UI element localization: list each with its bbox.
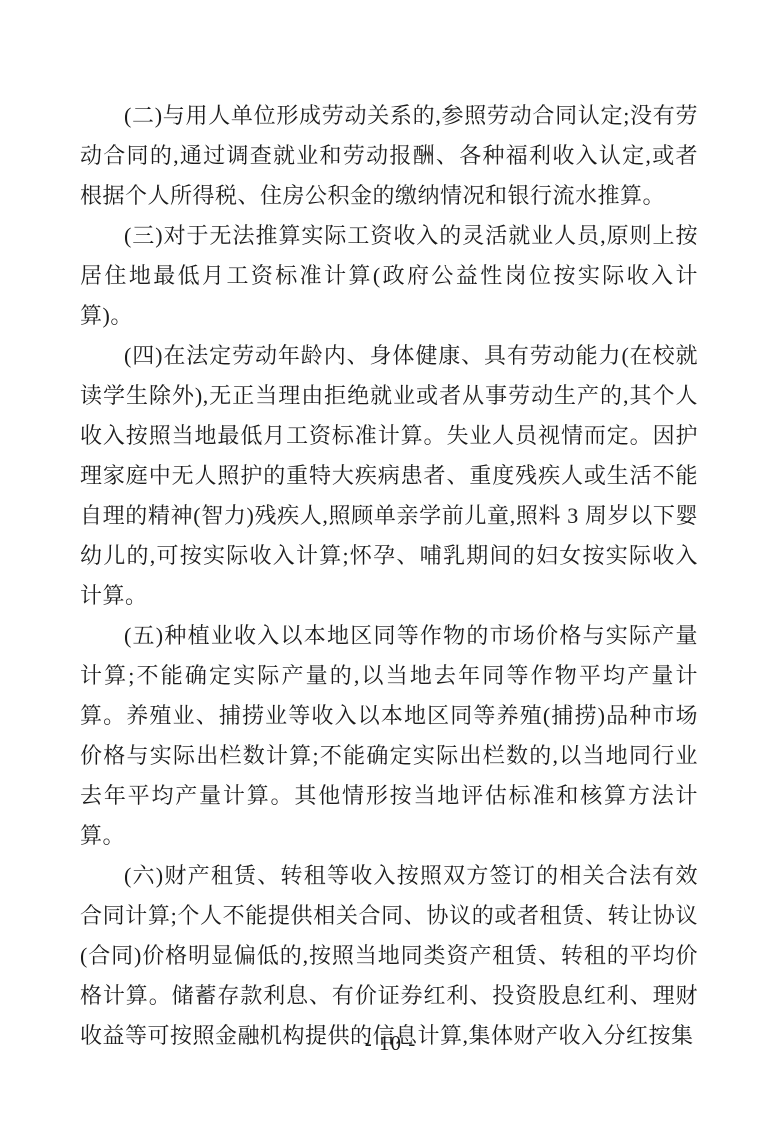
paragraph: (六)财产租赁、转租等收入按照双方签订的相关合法有效合同计算;个人不能提供相关合… bbox=[80, 856, 698, 1056]
paragraph: (二)与用人单位形成劳动关系的,参照劳动合同认定;没有劳动合同的,通过调查就业和… bbox=[80, 96, 698, 216]
document-body: (二)与用人单位形成劳动关系的,参照劳动合同认定;没有劳动合同的,通过调查就业和… bbox=[80, 96, 698, 1056]
document-page: (二)与用人单位形成劳动关系的,参照劳动合同认定;没有劳动合同的,通过调查就业和… bbox=[0, 0, 781, 1122]
paragraph: (四)在法定劳动年龄内、身体健康、具有劳动能力(在校就读学生除外),无正当理由拒… bbox=[80, 336, 698, 616]
paragraph: (五)种植业收入以本地区同等作物的市场价格与实际产量计算;不能确定实际产量的,以… bbox=[80, 616, 698, 856]
paragraph: (三)对于无法推算实际工资收入的灵活就业人员,原则上按居住地最低月工资标准计算(… bbox=[80, 216, 698, 336]
page-number: - 10 - bbox=[0, 1031, 781, 1055]
